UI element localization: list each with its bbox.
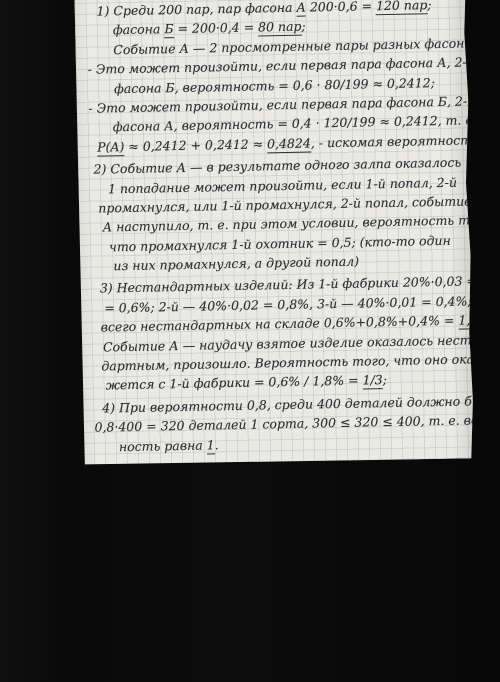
text-segment: , - искомая вероятность; [311,132,483,150]
scan-background: 1) Среди 200 пар, пар фасона А 200·0,6 =… [0,0,500,682]
text-segment: ; [427,0,432,12]
text-segment: ; [494,312,499,327]
handwriting: 1) Среди 200 пар, пар фасона А 200·0,6 =… [74,0,475,466]
underlined-text: 1/3 [362,373,382,390]
text-segment: ; [383,372,388,387]
text-segment: что промахнулся 1-й охотник = 0,5; (кто-… [109,233,451,255]
text-segment: 1) Среди 200 пар, пар фасона [96,0,296,19]
text-segment: жется с 1-й фабрики = 0,6% / 1,8% = [106,373,363,393]
text-segment: . [214,437,218,452]
underlined-text: 120 пар [376,0,428,15]
text-segment: ность равна [119,437,207,454]
underlined-text: P(A) [97,139,125,157]
text-segment: ≈ 0,2412 + 0,2412 ≈ [124,136,267,154]
underlined-text: 0,4824 [267,135,311,153]
text-segment: фасона [113,22,165,38]
notebook-paper: 1) Среди 200 пар, пар фасона А 200·0,6 =… [74,0,475,466]
underlined-text: Б [164,21,174,38]
underlined-text: 80 пар [258,19,302,37]
underlined-text: 1,8 % [458,312,494,330]
text-segment: из них промахнулся, а другой попал) [113,254,359,274]
text-segment: 200·0,6 = [306,0,376,15]
text-segment: = 200·0,4 = [173,20,258,37]
text-segment: ; [301,19,306,34]
